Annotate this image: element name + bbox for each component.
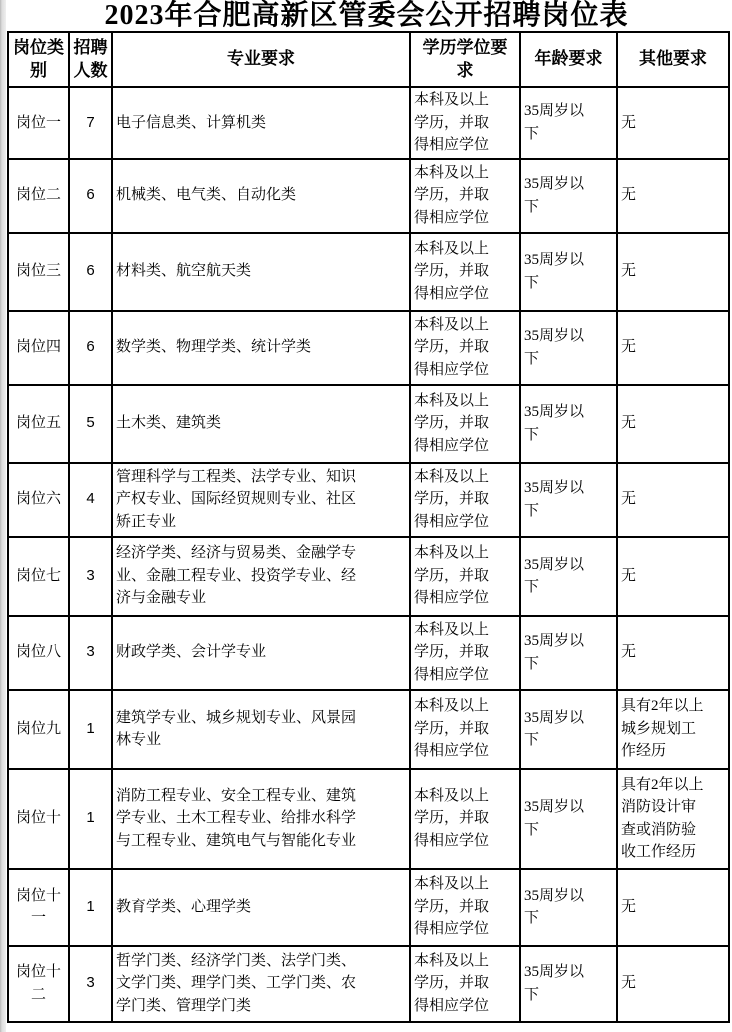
cell-category: 岗位一 — [8, 87, 69, 159]
table-row: 岗位十 1 消防工程专业、安全工程专业、建筑 学专业、土木工程专业、给排水科学 … — [8, 769, 729, 869]
cell-other: 无 — [617, 537, 729, 616]
cell-education: 本科及以上 学历，并取 得相应学位 — [410, 869, 520, 946]
cell-age: 35周岁以 下 — [520, 311, 617, 385]
cell-majors: 财政学类、会计学专业 — [112, 616, 410, 690]
table-row: 岗位三 6 材料类、航空航天类 本科及以上 学历，并取 得相应学位 35周岁以 … — [8, 233, 729, 311]
cell-majors: 电子信息类、计算机类 — [112, 87, 410, 159]
cell-other: 无 — [617, 616, 729, 690]
cell-majors: 建筑学专业、城乡规划专业、风景园 林专业 — [112, 690, 410, 769]
cell-count: 7 — [69, 87, 112, 159]
cell-education: 本科及以上 学历，并取 得相应学位 — [410, 537, 520, 616]
table-row: 岗位九 1 建筑学专业、城乡规划专业、风景园 林专业 本科及以上 学历，并取 得… — [8, 690, 729, 769]
cell-other: 具有2年以上 消防设计审 查或消防验 收工作经历 — [617, 769, 729, 869]
cell-count: 5 — [69, 385, 112, 463]
cell-category: 岗位九 — [8, 690, 69, 769]
cell-count: 6 — [69, 233, 112, 311]
cell-majors: 材料类、航空航天类 — [112, 233, 410, 311]
cell-age: 35周岁以 下 — [520, 690, 617, 769]
cell-majors: 哲学门类、经济学门类、法学门类、 文学门类、理学门类、工学门类、农 学门类、管理… — [112, 946, 410, 1022]
cell-category: 岗位五 — [8, 385, 69, 463]
cell-other: 具有2年以上 城乡规划工 作经历 — [617, 690, 729, 769]
cell-count: 3 — [69, 537, 112, 616]
table-row: 岗位十 二 3 哲学门类、经济学门类、法学门类、 文学门类、理学门类、工学门类、… — [8, 946, 729, 1022]
cell-other: 无 — [617, 946, 729, 1022]
table-row: 岗位七 3 经济学类、经济与贸易类、金融学专 业、金融工程专业、投资学专业、经 … — [8, 537, 729, 616]
recruitment-document: 2023年合肥高新区管委会公开招聘岗位表 岗位类 别 招聘 人数 专业要求 学历… — [6, 0, 728, 1023]
table-row: 岗位一 7 电子信息类、计算机类 本科及以上 学历，并取 得相应学位 35周岁以… — [8, 87, 729, 159]
cell-count: 3 — [69, 616, 112, 690]
recruitment-table: 岗位类 别 招聘 人数 专业要求 学历学位要 求 年龄要求 其他要求 岗位一 7… — [7, 31, 730, 1023]
cell-age: 35周岁以 下 — [520, 233, 617, 311]
table-row: 岗位十 一 1 教育学类、心理学类 本科及以上 学历，并取 得相应学位 35周岁… — [8, 869, 729, 946]
cell-category: 岗位十 一 — [8, 869, 69, 946]
table-row: 岗位四 6 数学类、物理学类、统计学类 本科及以上 学历，并取 得相应学位 35… — [8, 311, 729, 385]
cell-education: 本科及以上 学历，并取 得相应学位 — [410, 690, 520, 769]
cell-other: 无 — [617, 385, 729, 463]
table-row: 岗位五 5 土木类、建筑类 本科及以上 学历，并取 得相应学位 35周岁以 下 … — [8, 385, 729, 463]
cell-age: 35周岁以 下 — [520, 385, 617, 463]
page-title: 2023年合肥高新区管委会公开招聘岗位表 — [6, 0, 727, 31]
cell-category: 岗位十 二 — [8, 946, 69, 1022]
cell-education: 本科及以上 学历，并取 得相应学位 — [410, 159, 520, 233]
cell-count: 1 — [69, 769, 112, 869]
cell-category: 岗位七 — [8, 537, 69, 616]
cell-other: 无 — [617, 233, 729, 311]
cell-majors: 土木类、建筑类 — [112, 385, 410, 463]
cell-age: 35周岁以 下 — [520, 463, 617, 537]
cell-age: 35周岁以 下 — [520, 869, 617, 946]
cell-education: 本科及以上 学历，并取 得相应学位 — [410, 385, 520, 463]
cell-category: 岗位二 — [8, 159, 69, 233]
header-majors: 专业要求 — [112, 32, 410, 87]
cell-education: 本科及以上 学历，并取 得相应学位 — [410, 311, 520, 385]
cell-majors: 数学类、物理学类、统计学类 — [112, 311, 410, 385]
cell-count: 1 — [69, 690, 112, 769]
cell-category: 岗位六 — [8, 463, 69, 537]
header-row: 岗位类 别 招聘 人数 专业要求 学历学位要 求 年龄要求 其他要求 — [8, 32, 729, 87]
cell-count: 6 — [69, 311, 112, 385]
cell-age: 35周岁以 下 — [520, 616, 617, 690]
cell-other: 无 — [617, 869, 729, 946]
cell-category: 岗位三 — [8, 233, 69, 311]
cell-education: 本科及以上 学历，并取 得相应学位 — [410, 87, 520, 159]
cell-age: 35周岁以 下 — [520, 159, 617, 233]
cell-count: 4 — [69, 463, 112, 537]
header-other: 其他要求 — [617, 32, 729, 87]
cell-majors: 管理科学与工程类、法学专业、知识 产权专业、国际经贸规则专业、社区 矫正专业 — [112, 463, 410, 537]
cell-age: 35周岁以 下 — [520, 946, 617, 1022]
cell-age: 35周岁以 下 — [520, 87, 617, 159]
cell-majors: 经济学类、经济与贸易类、金融学专 业、金融工程专业、投资学专业、经 济与金融专业 — [112, 537, 410, 616]
cell-category: 岗位四 — [8, 311, 69, 385]
cell-education: 本科及以上 学历，并取 得相应学位 — [410, 616, 520, 690]
cell-other: 无 — [617, 159, 729, 233]
cell-other: 无 — [617, 463, 729, 537]
cell-majors: 教育学类、心理学类 — [112, 869, 410, 946]
cell-count: 1 — [69, 869, 112, 946]
cell-education: 本科及以上 学历，并取 得相应学位 — [410, 233, 520, 311]
cell-category: 岗位八 — [8, 616, 69, 690]
header-count: 招聘 人数 — [69, 32, 112, 87]
table-row: 岗位六 4 管理科学与工程类、法学专业、知识 产权专业、国际经贸规则专业、社区 … — [8, 463, 729, 537]
cell-other: 无 — [617, 311, 729, 385]
cell-majors: 消防工程专业、安全工程专业、建筑 学专业、土木工程专业、给排水科学 与工程专业、… — [112, 769, 410, 869]
header-age: 年龄要求 — [520, 32, 617, 87]
cell-count: 3 — [69, 946, 112, 1022]
cell-education: 本科及以上 学历，并取 得相应学位 — [410, 946, 520, 1022]
cell-majors: 机械类、电气类、自动化类 — [112, 159, 410, 233]
table-row: 岗位二 6 机械类、电气类、自动化类 本科及以上 学历，并取 得相应学位 35周… — [8, 159, 729, 233]
header-category: 岗位类 别 — [8, 32, 69, 87]
cell-age: 35周岁以 下 — [520, 769, 617, 869]
header-education: 学历学位要 求 — [410, 32, 520, 87]
table-row: 岗位八 3 财政学类、会计学专业 本科及以上 学历，并取 得相应学位 35周岁以… — [8, 616, 729, 690]
cell-category: 岗位十 — [8, 769, 69, 869]
cell-count: 6 — [69, 159, 112, 233]
cell-other: 无 — [617, 87, 729, 159]
cell-age: 35周岁以 下 — [520, 537, 617, 616]
cell-education: 本科及以上 学历，并取 得相应学位 — [410, 769, 520, 869]
cell-education: 本科及以上 学历，并取 得相应学位 — [410, 463, 520, 537]
